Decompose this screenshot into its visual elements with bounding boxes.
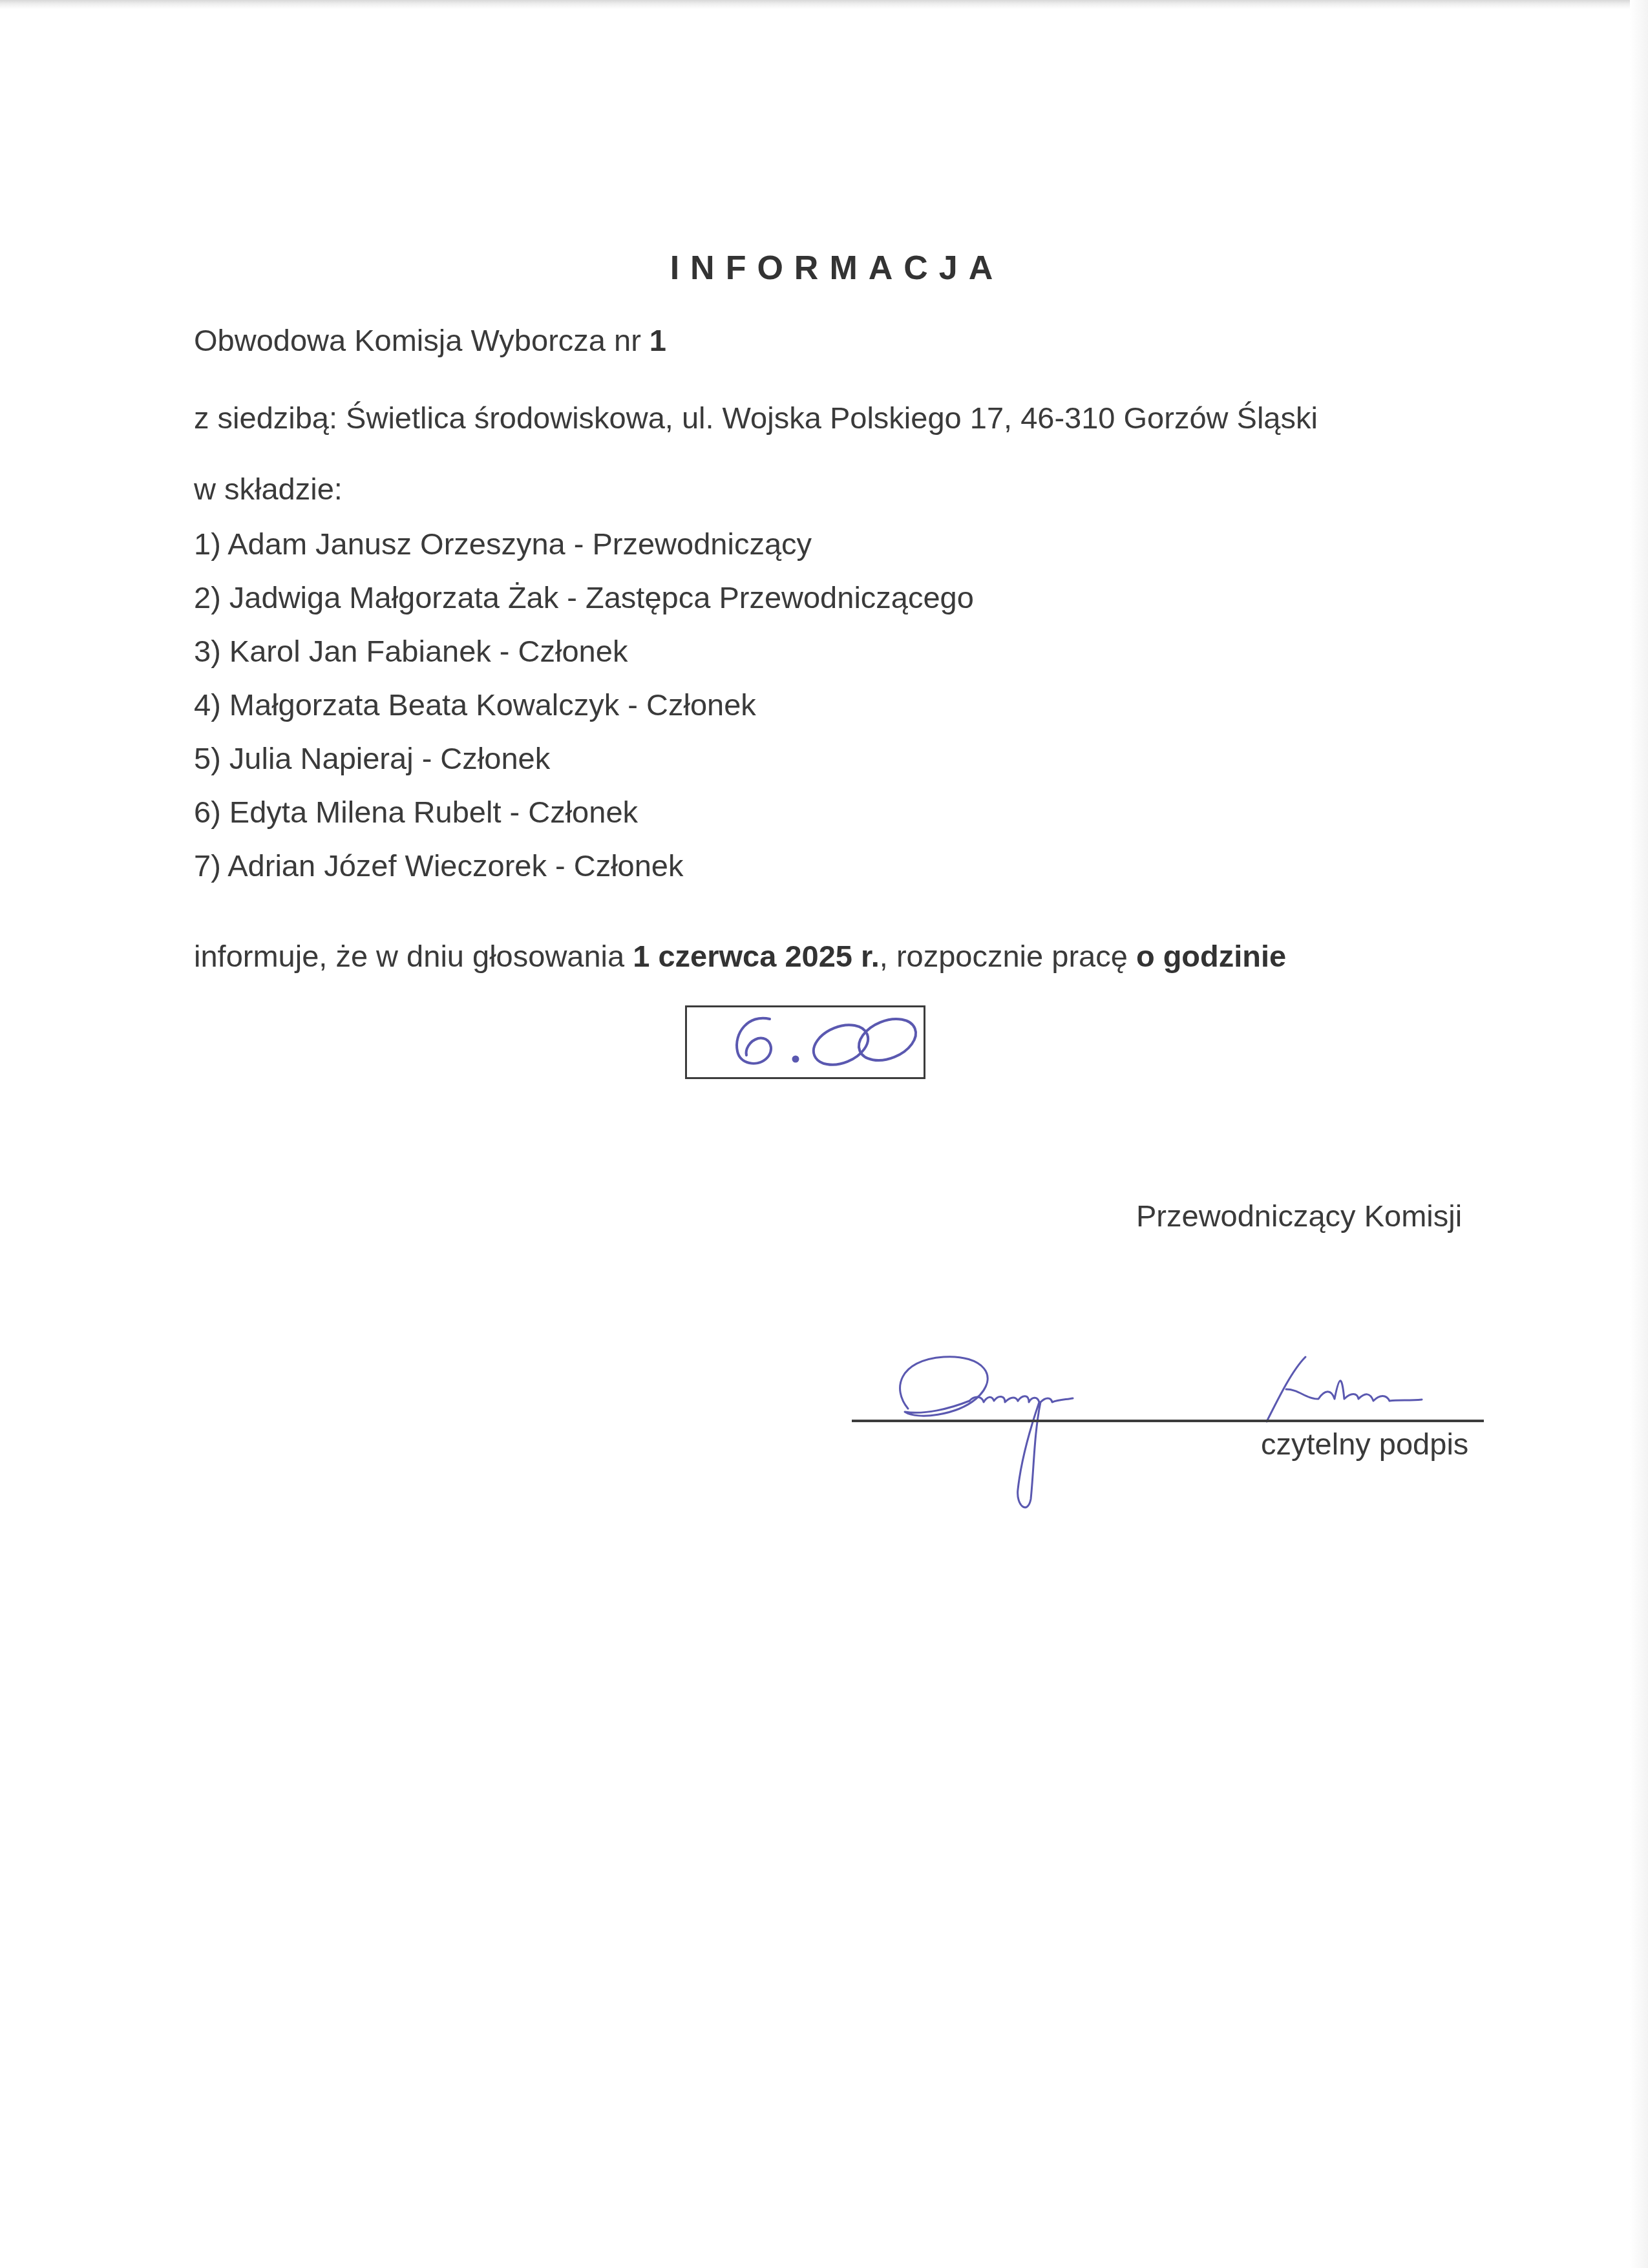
- election-date: 1 czerwca 2025 r.: [633, 939, 880, 973]
- signature-line: [852, 1420, 1484, 1422]
- statement-line: informuje, że w dniu głosowania 1 czerwc…: [194, 941, 1286, 971]
- scan-edge-right: [1630, 0, 1648, 2268]
- scan-edge-top: [0, 0, 1648, 9]
- member-item: 2) Jadwiga Małgorzata Żak - Zastępca Prz…: [194, 582, 974, 636]
- member-item: 5) Julia Napieraj - Członek: [194, 743, 974, 797]
- document-title: INFORMACJA: [0, 249, 1648, 288]
- start-hour-box: 6.00: [685, 1005, 925, 1079]
- statement-part2: , rozpocznie pracę: [880, 939, 1136, 973]
- member-item: 3) Karol Jan Fabianek - Członek: [194, 636, 974, 689]
- committee-number: 1: [650, 323, 666, 357]
- signatory-title: Przewodniczący Komisji: [1136, 1201, 1462, 1231]
- members-list: 1) Adam Janusz Orzeszyna - Przewodnicząc…: [194, 529, 974, 904]
- seat-line: z siedzibą: Świetlica środowiskowa, ul. …: [194, 403, 1318, 433]
- composition-label: w składzie:: [194, 474, 343, 504]
- signature-caption: czytelny podpis: [1261, 1429, 1468, 1459]
- signature-text: Orzeszyna Adam: [879, 1338, 884, 1338]
- member-item: 7) Adrian Józef Wieczorek - Członek: [194, 850, 974, 904]
- statement-part3: o godzinie: [1136, 939, 1286, 973]
- member-item: 4) Małgorzata Beata Kowalczyk - Członek: [194, 689, 974, 743]
- committee-line: Obwodowa Komisja Wyborcza nr 1: [194, 325, 666, 355]
- statement-part1: informuje, że w dniu głosowania: [194, 939, 633, 973]
- committee-label: Obwodowa Komisja Wyborcza nr: [194, 323, 650, 357]
- member-item: 6) Edyta Milena Rubelt - Członek: [194, 797, 974, 850]
- member-item: 1) Adam Janusz Orzeszyna - Przewodnicząc…: [194, 529, 974, 582]
- handwritten-hour-icon: [687, 1007, 924, 1077]
